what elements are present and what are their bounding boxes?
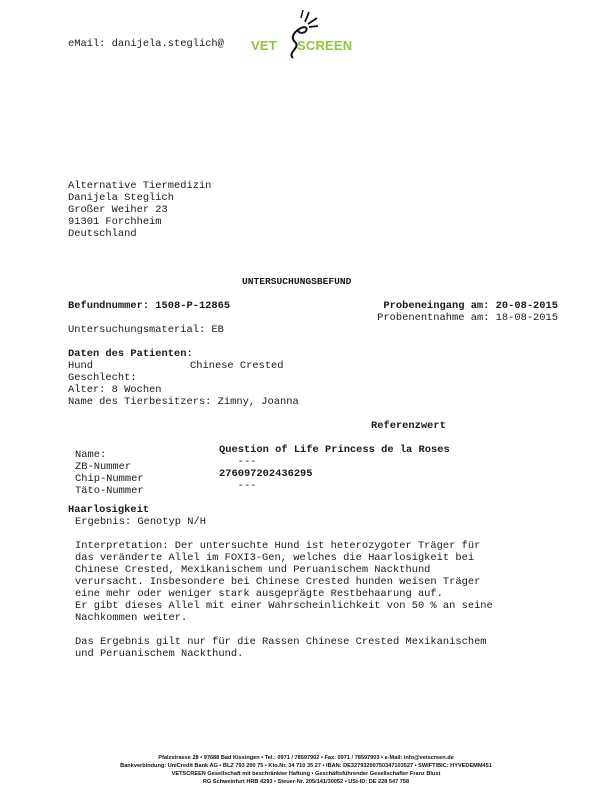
identity-value: --- (219, 456, 256, 468)
interpretation-line: Nachkommen weiter. (75, 612, 493, 624)
address-line: Alternative Tiermedizin (68, 180, 211, 192)
address-line: 91301 Forchheim (68, 216, 211, 228)
patient-owner: Name des Tierbesitzers: Zimny, Joanna (68, 396, 299, 408)
footer-line: VETSCREEN Gesellschaft mit beschränkter … (0, 770, 612, 778)
untersuchungsmaterial: Untersuchungsmaterial: EB (68, 324, 224, 336)
result-ergebnis: Ergebnis: Genotyp N/H (75, 516, 206, 528)
footer-line: Bankverbindung: UniCredit Bank AG • BLZ … (0, 762, 612, 770)
result-heading: Haarlosigkeit (68, 504, 149, 516)
interpretation-line: Er gibt dieses Allel mit einer Wahrschei… (75, 600, 493, 612)
identity-label: Täto-Nummer (75, 485, 144, 497)
note-line: Das Ergebnis gilt nur für die Rassen Chi… (75, 636, 487, 648)
vetscreen-logo: VET SCREEN (249, 8, 349, 64)
logo-text-vet: VET (251, 38, 277, 53)
identity-row: Name: Question of Life Princess de la Ro… (75, 444, 144, 456)
interpretation-line: eine mehr oder weniger stark ausgeprägte… (75, 588, 493, 600)
identity-row: ZB-Nummer --- (75, 456, 144, 468)
patient-heading: Daten des Patienten: (68, 348, 193, 360)
identity-value: Question of Life Princess de la Roses (219, 444, 450, 456)
identity-row: Täto-Nummer --- (75, 480, 144, 492)
patient-sex: Geschlecht: (68, 372, 137, 384)
patient-species: Hund (68, 360, 93, 372)
validity-note: Das Ergebnis gilt nur für die Rassen Chi… (75, 636, 487, 660)
befundnummer: Befundnummer: 1508-P-12865 (68, 300, 230, 312)
patient-age: Alter: 8 Wochen (68, 384, 162, 396)
note-line: und Peruanischem Nackthund. (75, 648, 487, 660)
address-line: Deutschland (68, 228, 211, 240)
interpretation-block: Interpretation: Der untersuchte Hund ist… (75, 540, 493, 624)
identity-value: 276097202436295 (219, 468, 313, 480)
identity-table: Name: Question of Life Princess de la Ro… (75, 444, 144, 492)
interpretation-line: das veränderte Allel im FOXI3-Gen, welch… (75, 552, 493, 564)
probeneingang: Probeneingang am: 20-08-2015 (383, 300, 558, 312)
footer-line: Pfalzstrasse 28 • 97688 Bad Kissingen • … (0, 754, 612, 762)
address-line: Großer Weiher 23 (68, 204, 211, 216)
identity-row: Chip-Nummer 276097202436295 (75, 468, 144, 480)
footer-line: RG Schweinfurt HRB 4293 • Steuer-Nr. 205… (0, 778, 612, 786)
company-footer: Pfalzstrasse 28 • 97688 Bad Kissingen • … (0, 754, 612, 786)
reference-heading: Referenzwert (371, 420, 446, 432)
sender-email: eMail: danijela.steglich@ (68, 38, 224, 50)
bird-silhouette-icon (279, 8, 319, 64)
interpretation-line: Interpretation: Der untersuchte Hund ist… (75, 540, 493, 552)
interpretation-line: Chinese Crested, Mexikanischem und Perua… (75, 564, 493, 576)
patient-breed: Chinese Crested (190, 360, 284, 372)
probenentnahme: Probenentnahme am: 18-08-2015 (377, 312, 558, 324)
interpretation-line: verursacht. Insbesondere bei Chinese Cre… (75, 576, 493, 588)
address-line: Danijela Steglich (68, 192, 211, 204)
recipient-address: Alternative Tiermedizin Danijela Steglic… (68, 180, 211, 240)
identity-value: --- (219, 480, 256, 492)
report-title: UNTERSUCHUNGSBEFUND (242, 276, 351, 288)
logo-text-screen: SCREEN (297, 38, 352, 53)
